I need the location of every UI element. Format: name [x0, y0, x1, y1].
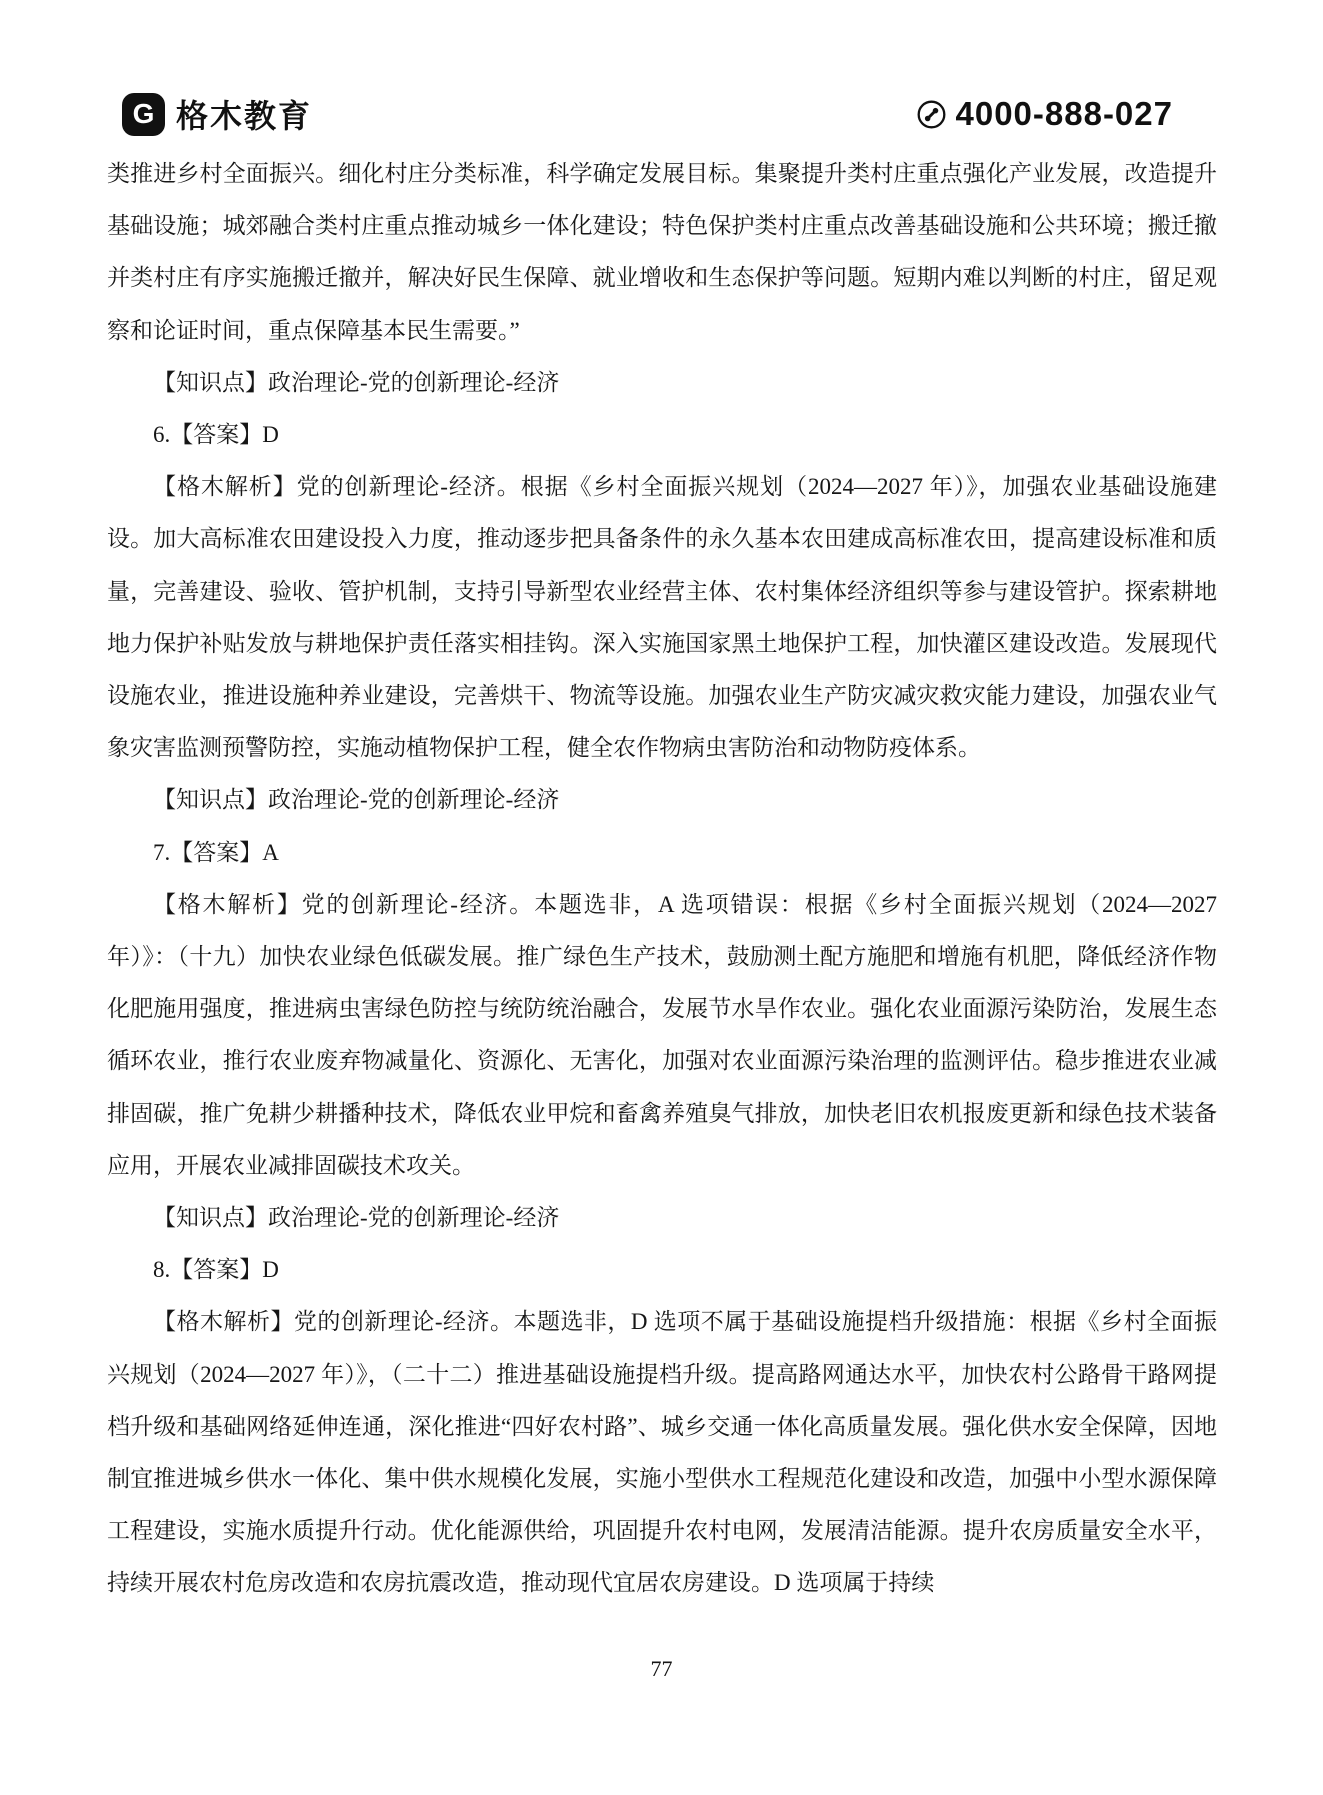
page-header: G 格木教育 4000-888-027 — [122, 88, 1173, 140]
phone-number: 4000-888-027 — [955, 95, 1173, 133]
page-footer: 77 — [0, 1656, 1323, 1682]
paragraph: 【知识点】政治理论-党的创新理论-经济 — [107, 1192, 1217, 1244]
phone-icon — [917, 100, 946, 129]
paragraph: 类推进乡村全面振兴。细化村庄分类标准，科学确定发展目标。集聚提升类村庄重点强化产… — [107, 148, 1217, 357]
paragraph: 6.【答案】D — [107, 409, 1217, 461]
brand-logo: G 格木教育 — [122, 91, 312, 137]
header-phone: 4000-888-027 — [917, 95, 1173, 133]
paragraph: 7.【答案】A — [107, 827, 1217, 879]
document-page: G 格木教育 4000-888-027 类推进乡村全面振兴。细化村庄分类标准，科… — [0, 0, 1323, 1795]
paragraph: 【知识点】政治理论-党的创新理论-经济 — [107, 357, 1217, 409]
document-body: 类推进乡村全面振兴。细化村庄分类标准，科学确定发展目标。集聚提升类村庄重点强化产… — [107, 148, 1217, 1610]
paragraph: 【格木解析】党的创新理论-经济。根据《乡村全面振兴规划（2024—2027 年）… — [107, 461, 1217, 774]
page-number: 77 — [651, 1656, 673, 1681]
paragraph: 【知识点】政治理论-党的创新理论-经济 — [107, 774, 1217, 826]
brand-name: 格木教育 — [176, 91, 312, 137]
logo-glyph: G — [133, 100, 155, 128]
paragraph: 8.【答案】D — [107, 1244, 1217, 1296]
paragraph: 【格木解析】党的创新理论-经济。本题选非，A 选项错误：根据《乡村全面振兴规划（… — [107, 879, 1217, 1192]
gemu-logo-icon: G — [122, 93, 165, 136]
paragraph: 【格木解析】党的创新理论-经济。本题选非，D 选项不属于基础设施提档升级措施：根… — [107, 1296, 1217, 1609]
